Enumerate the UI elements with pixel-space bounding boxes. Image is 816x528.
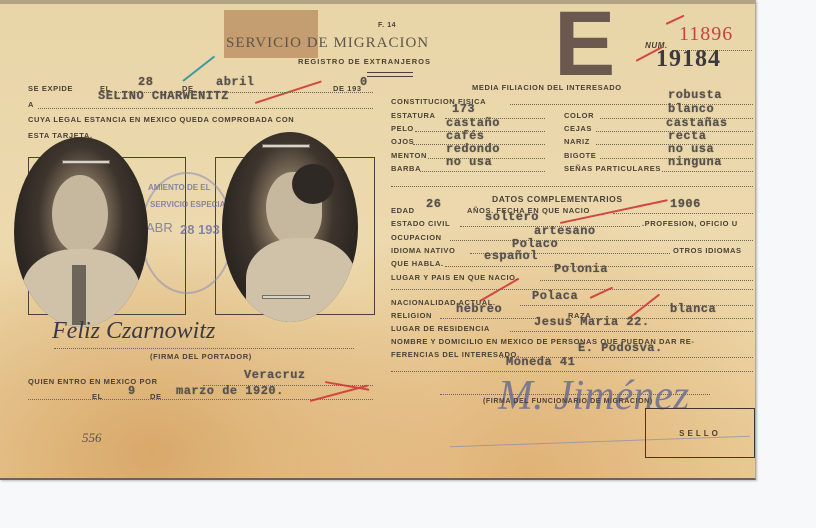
paper-clip — [262, 295, 310, 299]
necktie — [72, 265, 86, 325]
subtitle-rule-2 — [367, 76, 413, 77]
entry-port: Veracruz — [244, 368, 306, 382]
pelo-value: castaño — [446, 116, 500, 130]
estatura-label: ESTATURA — [391, 111, 436, 120]
ocupacion-value: artesano — [534, 224, 596, 238]
nacionalidad-value: Polaca — [532, 289, 578, 303]
residencia-value: Jesus Maria 22. — [534, 315, 650, 329]
barba-label: BARBA — [391, 164, 421, 173]
religion-value: hebreo — [456, 302, 502, 316]
otros-idiomas-value: español — [484, 249, 538, 263]
color-label: COLOR — [564, 111, 594, 120]
religion-label: RELIGION — [391, 311, 432, 320]
issue-year-digit: 0 — [360, 75, 368, 89]
entry-label: QUIEN ENTRO EN MEXICO POR — [28, 377, 158, 386]
cejas-label: CEJAS — [564, 124, 592, 133]
ojos-label: OJOS — [391, 137, 414, 146]
official-signature-caption: (FIRMA DEL FUNCIONARIO DE MIGRACION) — [483, 398, 653, 405]
hair — [292, 164, 334, 204]
portrait-profile-photo — [222, 132, 358, 322]
document-subtitle: REGISTRO DE EXTRANJEROS — [298, 57, 431, 66]
estado-civil-label: ESTADO CIVIL — [391, 219, 450, 228]
barba-value: no usa — [446, 155, 492, 169]
edad-label: EDAD — [391, 206, 415, 215]
registration-number-red: 11896 — [679, 23, 733, 46]
bearer-signature-caption: (FIRMA DEL PORTADOR) — [150, 352, 252, 361]
entry-day: 9 — [128, 384, 136, 398]
nariz-label: NARIZ — [564, 137, 590, 146]
cejas-value: castañas — [666, 116, 728, 130]
subtitle-rule — [367, 72, 413, 73]
pelo-label: PELO — [391, 124, 414, 133]
paper-clip — [262, 144, 310, 148]
menton-value: redondo — [446, 142, 500, 156]
immigration-card: F. 14 SERVICIO DE MIGRACION REGISTRO DE … — [0, 0, 756, 480]
handwritten-note: 556 — [82, 430, 102, 446]
holder-name: SELINO CHARWENITZ — [98, 89, 229, 103]
datos-heading: DATOS COMPLEMENTARIOS — [492, 194, 623, 204]
lugar-nacimiento-value: Polonia — [554, 262, 608, 276]
teal-pen-mark — [182, 56, 215, 82]
fecha-nacimiento-value: 1906 — [670, 197, 701, 211]
color-value: blanco — [668, 102, 714, 116]
estado-civil-value: soltero — [485, 210, 539, 224]
senas-label: SEÑAS PARTICULARES — [564, 164, 661, 173]
suit — [246, 238, 356, 322]
referencia-domicilio: Moneda 41 — [506, 355, 575, 369]
media-filiacion-heading: MEDIA FILIACION DEL INTERESADO — [472, 83, 622, 92]
entry-date: marzo de 1920. — [176, 384, 284, 398]
document-title: SERVICIO DE MIGRACION — [226, 35, 429, 52]
face — [52, 175, 108, 253]
que-habla-label: QUE HABLA. — [391, 259, 444, 268]
seal-label: SELLO — [679, 429, 721, 438]
idioma-label: IDIOMA NATIVO — [391, 246, 455, 255]
bigote-value: no usa — [668, 142, 714, 156]
menton-label: MENTON — [391, 151, 427, 160]
referencia-nombre: E. Podosva. — [578, 341, 663, 355]
stamp-line-2: SERVICIO ESPECIAL — [150, 200, 230, 209]
seal-box: SELLO — [645, 408, 755, 458]
profesion-label: .PROFESION, OFICIO U — [642, 219, 738, 228]
ojos-value: cafés — [446, 129, 485, 143]
bigote-label: BIGOTE — [564, 151, 596, 160]
issue-day: 28 — [138, 75, 153, 89]
senas-value: ninguna — [668, 155, 722, 169]
bearer-signature: Feliz Czarnowitz — [52, 318, 215, 345]
residencia-label: LUGAR DE RESIDENCIA — [391, 324, 490, 333]
se-expide-label: SE EXPIDE — [28, 84, 73, 93]
lugar-nacimiento-label: LUGAR Y PAIS EN QUE NACIO. — [391, 273, 518, 282]
portrait-front-photo — [14, 137, 148, 327]
nariz-value: recta — [668, 129, 707, 143]
stamp-day: 28 193 — [180, 222, 220, 237]
otros-idiomas-label: OTROS IDIOMAS — [673, 246, 742, 255]
stamp-month: ABR — [146, 220, 173, 235]
edad-value: 26 — [426, 197, 441, 211]
registration-number: 19184 — [656, 46, 721, 73]
stamp-line-1: AMIENTO DE EL — [148, 183, 211, 192]
raza-value: blanca — [670, 302, 716, 316]
ocupacion-label: OCUPACION — [391, 233, 442, 242]
card-top-edge — [0, 0, 755, 4]
issue-month: abril — [216, 75, 255, 89]
legal-text: CUYA LEGAL ESTANCIA EN MEXICO QUEDA COMP… — [28, 115, 294, 124]
constitucion-value: robusta — [668, 88, 722, 102]
form-code: F. 14 — [378, 22, 396, 29]
estatura-value: 173 — [452, 102, 475, 116]
a-label: A — [28, 100, 34, 109]
paper-clip — [62, 160, 110, 164]
class-letter-stamp: E — [554, 4, 594, 84]
